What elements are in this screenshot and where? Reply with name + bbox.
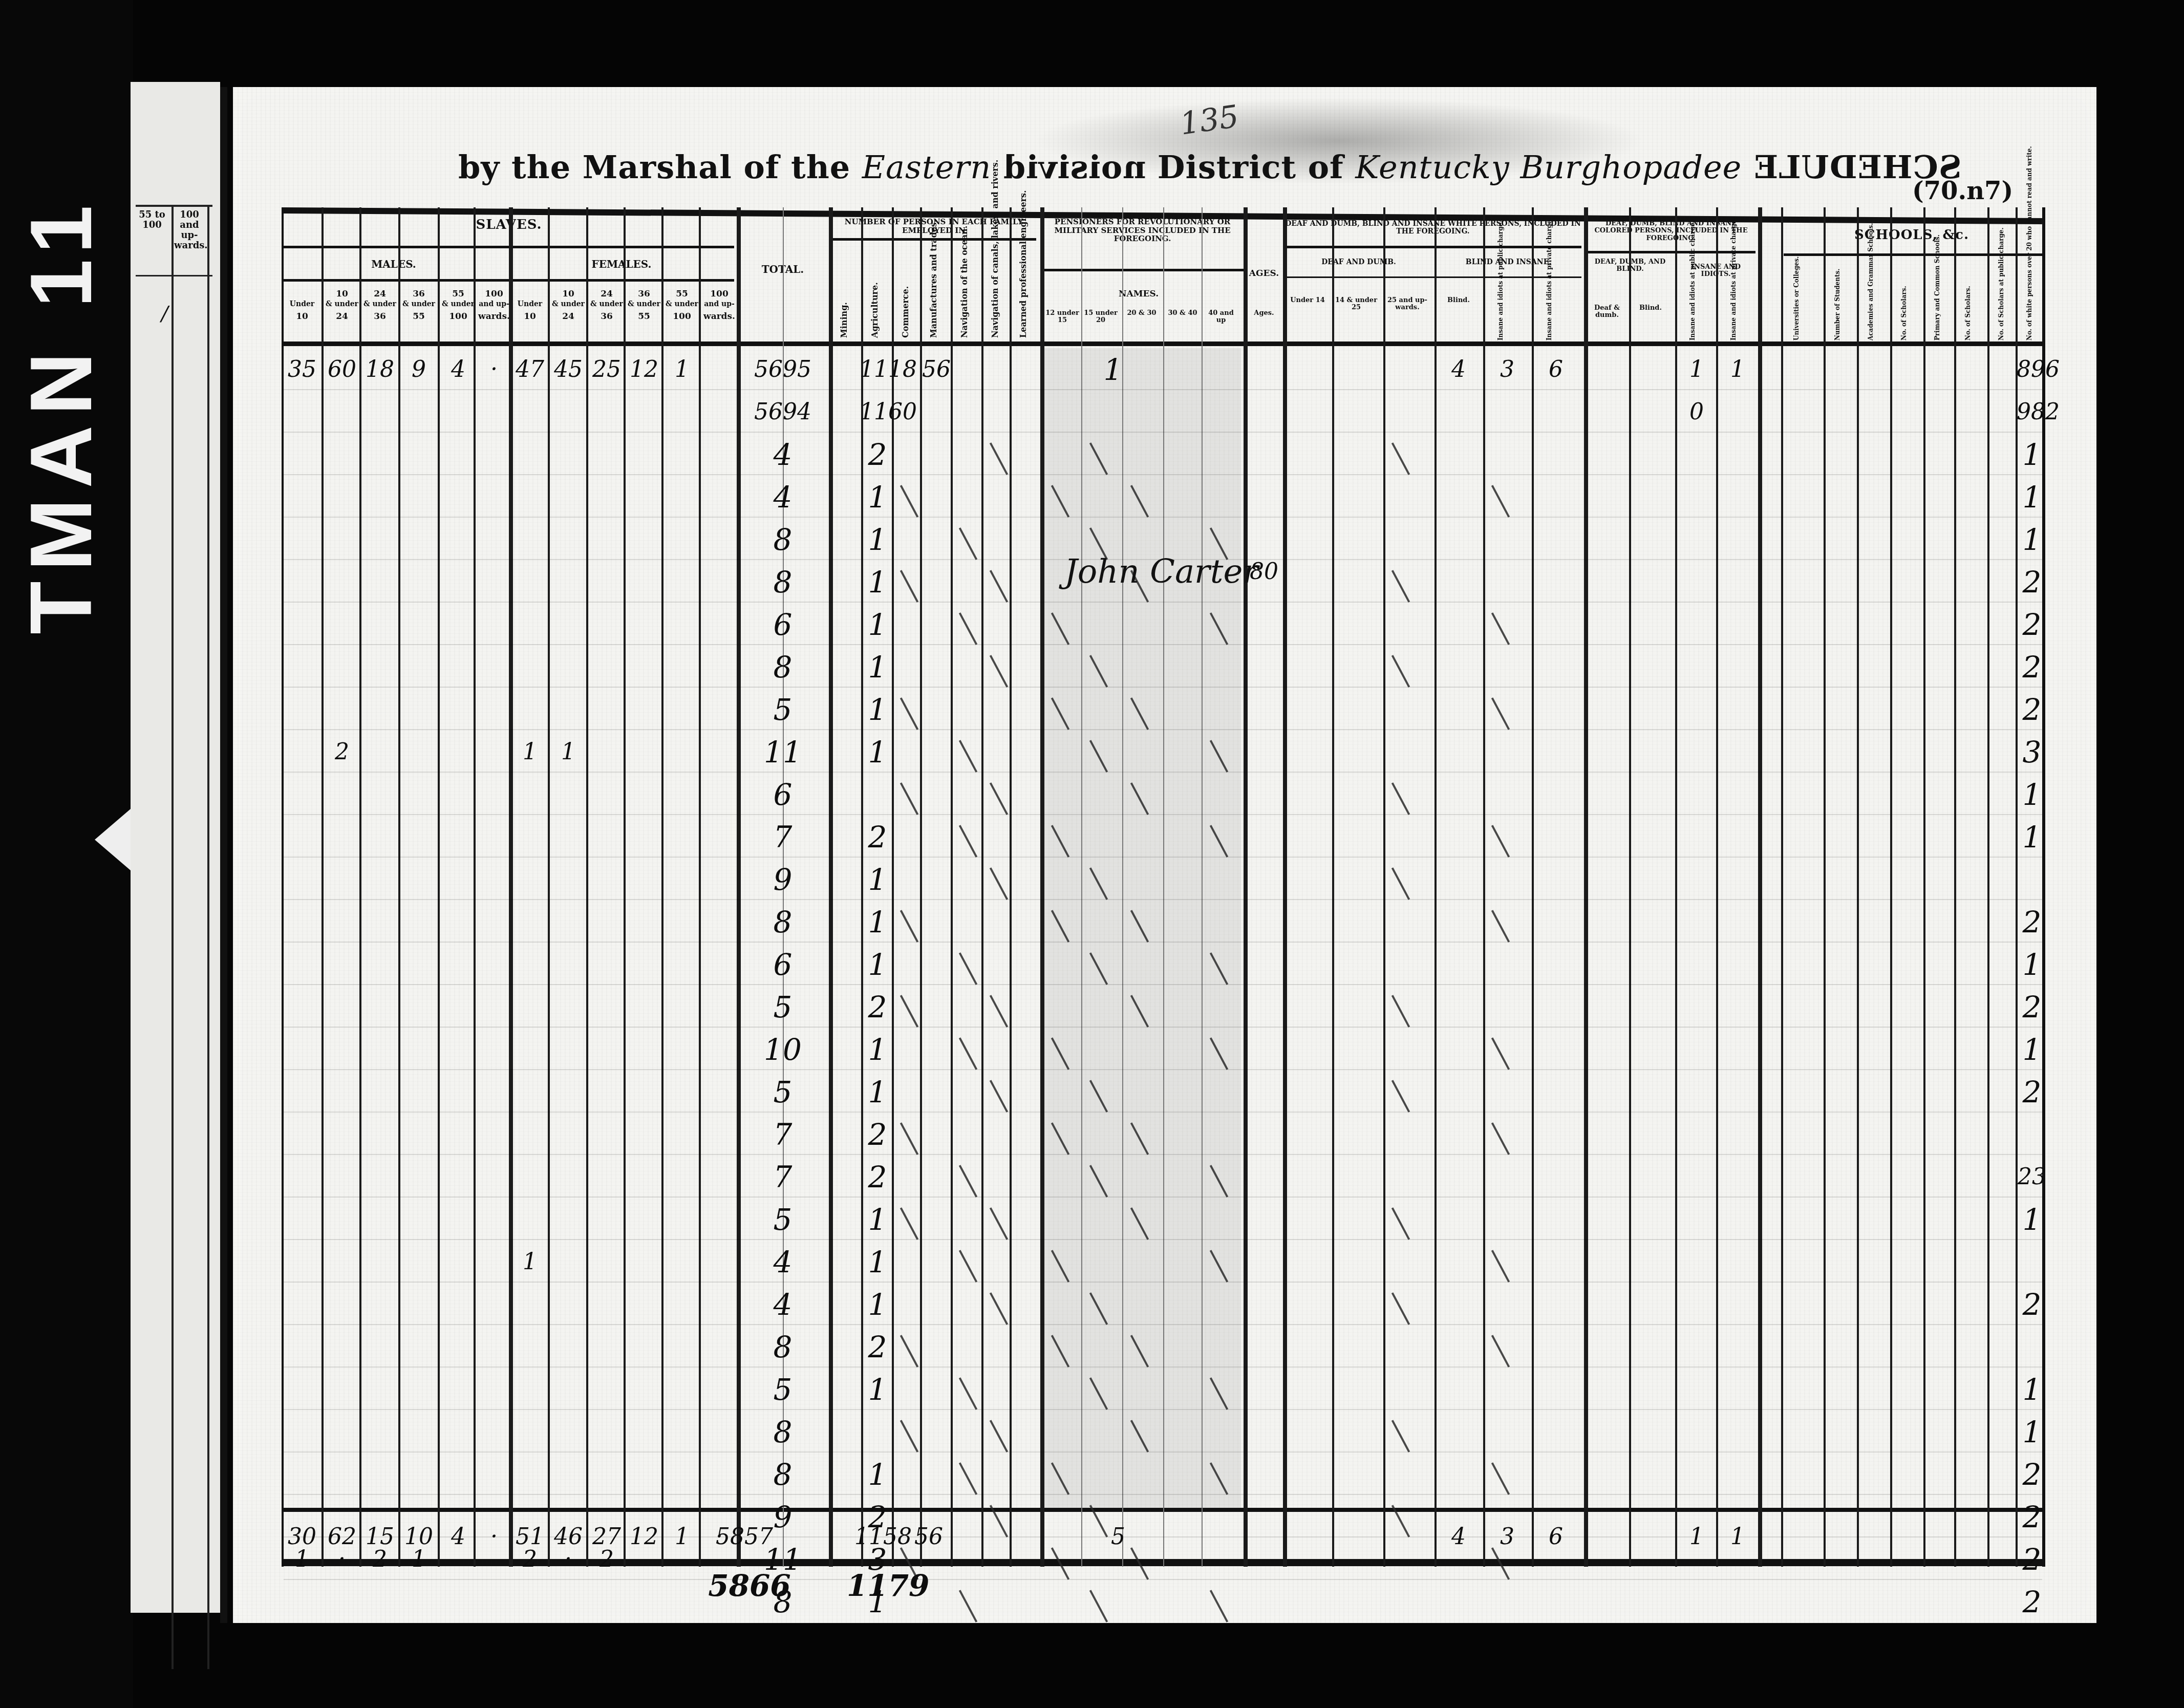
deaf-white-column-header: 25 and up-wards. [1384, 297, 1430, 312]
tally-tick-mark [1491, 1335, 1510, 1368]
footer-male-total: 4 [440, 1521, 477, 1553]
previous-page-sliver: 55 to 100 100 and up-wards. / [131, 82, 220, 1613]
age-band-mid: and up- [701, 301, 738, 308]
illiterate-count: 2 [2017, 693, 2047, 726]
schools-column-rule [1923, 207, 1925, 1567]
previous-page-rule [207, 205, 209, 1669]
illiterate-count: 1 [2017, 1033, 2047, 1066]
deaf-white-column-rule [1332, 207, 1334, 1567]
schools-column-header: No. of Scholars at public charge. [1998, 261, 2005, 340]
manufactures-count: 56 [921, 353, 952, 386]
slave-female-count: 1 [663, 353, 700, 386]
row-total: 8 [739, 1458, 826, 1491]
age-band-mid: & under [626, 301, 662, 308]
reel-arrow-icon [95, 809, 131, 870]
tally-tick-mark [1089, 1590, 1108, 1622]
footer-deaf-colored-total: 1 [1717, 1521, 1758, 1553]
pensioner-shade [1044, 348, 1241, 1508]
schools-column-header: No. of white persons over 20 who cannot … [2026, 261, 2033, 340]
agriculture-count: 1 [860, 1033, 895, 1066]
illiterate-count: 1 [2017, 481, 2047, 514]
row-rule [284, 1197, 2042, 1198]
tally-tick-mark [900, 697, 918, 730]
tally-tick-mark [959, 1377, 977, 1410]
pensioner-name: John Carter [1064, 553, 1258, 591]
footer-male-total: 62 [324, 1521, 360, 1553]
slave-male-count: 18 [361, 353, 398, 386]
tally-tick-mark [990, 782, 1008, 815]
tally-tick-mark [900, 910, 918, 943]
row-total: 4 [739, 438, 826, 471]
schools-column-header: Academies and Grammar Schools. [1867, 261, 1874, 340]
row-total: 4 [739, 1246, 826, 1278]
slave-male-count: · [476, 353, 512, 386]
tally-tick-mark [1391, 1207, 1410, 1240]
reel-label: TMAN 11 [10, 82, 113, 748]
tally-tick-mark [1391, 1292, 1410, 1325]
agriculture-count: 1 [860, 1203, 895, 1236]
agriculture-count: 2 [860, 821, 895, 853]
age-band-bot: 36 [361, 312, 398, 322]
row-rule [284, 942, 2042, 943]
tally-tick-mark [1391, 1420, 1410, 1453]
illiterate-count: 896 [2017, 353, 2047, 386]
age-band-top: 55 [440, 289, 477, 299]
row-total: 7 [739, 1118, 826, 1151]
illiterate-count: 1 [2017, 821, 2047, 853]
employment-column-rule [981, 207, 983, 1567]
tally-tick-mark [990, 1420, 1008, 1453]
grand-agriculture: 1179 [847, 1569, 908, 1602]
age-band-top: 36 [400, 289, 437, 299]
schools-subrule [1784, 253, 2045, 256]
agriculture-count: 1 [860, 651, 895, 684]
age-band-top: 24 [588, 289, 625, 299]
age-band-bot: 24 [324, 312, 360, 322]
row-rule [284, 1494, 2042, 1495]
tally-tick-mark [1391, 782, 1410, 815]
illiterate-count: 1 [2017, 778, 2047, 811]
employment-column-rule [920, 207, 922, 1567]
schools-column-header: Primary and Common Schools. [1934, 261, 1941, 340]
agriculture-count: 2 [860, 438, 895, 471]
slave-column-rule [438, 207, 440, 1567]
age-band-bot: 100 [440, 312, 477, 322]
tally-tick-mark [959, 1165, 977, 1198]
footer-female-total: 51 [511, 1521, 548, 1553]
row-total: 4 [739, 481, 826, 514]
row-total: 7 [739, 1161, 826, 1193]
row-total: 6 [739, 948, 826, 981]
row-rule [284, 432, 2042, 433]
schools-column-rule [1890, 207, 1892, 1567]
tally-tick-mark [990, 442, 1008, 475]
age-band-top: 24 [361, 289, 398, 299]
tally-tick-mark [1491, 1250, 1510, 1283]
row-rule [284, 1579, 2042, 1580]
tally-tick-mark [1391, 442, 1410, 475]
tally-tick-mark [1391, 570, 1410, 603]
slave-column-rule [586, 207, 588, 1567]
tally-tick-mark [990, 1292, 1008, 1325]
slave-sex-divider [509, 207, 513, 1567]
age-band-bot: wards. [701, 312, 738, 322]
age-band-mid: & under [550, 301, 587, 308]
illiterate-count: 2 [2017, 1076, 2047, 1108]
census-table: SLAVES. MALES. FEMALES. TOTAL. NUMBER OF… [282, 207, 2045, 1567]
row-rule [284, 729, 2042, 730]
slave-column-rule [474, 207, 476, 1567]
deaf-white-column-rule [1383, 207, 1385, 1567]
tally-tick-mark [1491, 825, 1510, 858]
slave-female-count: 47 [511, 353, 548, 386]
previous-page-col-2: 100 and up-wards. [174, 210, 205, 251]
row-rule [284, 602, 2042, 603]
row-total: 9 [739, 863, 826, 896]
age-band-bot: 36 [588, 312, 625, 322]
tally-tick-mark [990, 867, 1008, 900]
footer-male-total: · [476, 1521, 512, 1553]
slave-male-count: 2 [324, 736, 360, 768]
age-band-bot: 55 [626, 312, 662, 322]
deaf-colored-column-header: Blind. [1630, 305, 1671, 312]
ages-left-rule [1244, 207, 1248, 1567]
row-total: 5694 [739, 396, 826, 429]
age-band-mid: & under [400, 301, 437, 308]
tally-tick-mark [990, 995, 1008, 1028]
slave-female-count: 1 [511, 1246, 548, 1278]
illiterate-count: 2 [2017, 566, 2047, 599]
row-rule [284, 814, 2042, 815]
agriculture-count: 1 [860, 523, 895, 556]
agriculture-count: 1160 [860, 396, 895, 429]
age-band-top: 10 [324, 289, 360, 299]
footer-deaf-colored-total: 1 [1676, 1521, 1717, 1553]
schools-column-rule [1824, 207, 1826, 1567]
pensioner-age-header: 20 & 30 [1123, 310, 1160, 317]
row-rule [284, 857, 2042, 858]
deaf-white-subrule [1284, 246, 1581, 248]
tally-tick-mark [900, 485, 918, 518]
tally-tick-mark [900, 1122, 918, 1155]
footer-male-total: 15 [361, 1521, 398, 1553]
footer-deaf-white-total: 3 [1484, 1521, 1530, 1553]
district-handwritten: Eastern [862, 148, 991, 186]
tally-tick-mark [959, 1462, 977, 1495]
slave-column-rule [624, 207, 626, 1567]
age-band-bot: wards. [476, 312, 512, 322]
row-total: 8 [739, 566, 826, 599]
deaf-white-column-rule [1483, 207, 1485, 1567]
tally-tick-mark [959, 612, 977, 645]
row-rule [284, 644, 2042, 645]
slave-column-rule [359, 207, 361, 1567]
illiterate-count: 2 [2017, 1501, 2047, 1533]
schools-rule [1781, 207, 1783, 1567]
tally-tick-mark [990, 1207, 1008, 1240]
pension-count: 1 [1098, 353, 1128, 386]
slave-female-count: 1 [511, 736, 548, 768]
row-total: 8 [739, 1416, 826, 1448]
row-rule [284, 474, 2042, 475]
deaf-dumb-header: DEAF AND DUMB. [1284, 259, 1433, 266]
row-rule [284, 1367, 2042, 1368]
tally-tick-mark [900, 782, 918, 815]
illiterate-count: 2 [2017, 906, 2047, 938]
age-band-bot: 10 [284, 312, 320, 322]
footer-agriculture: 1158 [854, 1521, 895, 1553]
agriculture-count: 1 [860, 608, 895, 641]
agriculture-count: 2 [860, 991, 895, 1023]
illiterate-count: 1 [2017, 1416, 2047, 1448]
footer-female-total: 46 [550, 1521, 587, 1553]
tally-tick-mark [1491, 697, 1510, 730]
illiterate-count: 2 [2017, 1543, 2047, 1576]
deaf-white-age-subrule [1284, 276, 1581, 278]
footer-male-total: 30 [284, 1521, 320, 1553]
tally-tick-mark [959, 1250, 977, 1283]
age-band-bot: 10 [511, 312, 548, 322]
agriculture-count: 1 [860, 736, 895, 768]
row-rule [284, 1409, 2042, 1410]
deaf-white-left-rule [1283, 207, 1287, 1567]
agriculture-count: 1 [860, 1076, 895, 1108]
age-band-mid: Under [511, 301, 548, 308]
agriculture-count: 1 [860, 1373, 895, 1406]
county-handwritten: Kentucky Burghopadee [1355, 148, 1742, 186]
age-band-mid: & under [663, 301, 700, 308]
age-band-mid: & under [324, 301, 360, 308]
row-total: 5695 [739, 353, 826, 386]
agriculture-count: 2 [860, 1331, 895, 1363]
row-rule [284, 1027, 2042, 1028]
employment-column-rule [1010, 207, 1012, 1567]
deaf-colored-column-rule [1629, 207, 1631, 1567]
agriculture-count: 2 [860, 1161, 895, 1193]
agriculture-count: 1 [860, 1458, 895, 1491]
pensioners-left-rule [1040, 207, 1044, 1567]
illiterate-count: 1 [2017, 523, 2047, 556]
employment-column-header: Navigation of the ocean. [959, 246, 969, 338]
deaf-colored-count: 0 [1676, 396, 1717, 429]
pensioner-age-header: 30 & 40 [1164, 310, 1201, 317]
agriculture-count: 1 [860, 566, 895, 599]
slave-column-rule [398, 207, 400, 1567]
slave-column-rule [661, 207, 663, 1567]
illiterate-count: 1 [2017, 948, 2047, 981]
age-band-mid: & under [588, 301, 625, 308]
illiterate-count: 2 [2017, 1458, 2047, 1491]
deaf-colored-column-header: Insane and idiots at public charge. [1689, 279, 1696, 340]
row-total: 6 [739, 608, 826, 641]
age-band-top: 36 [626, 289, 662, 299]
deaf-colored-left-rule [1584, 207, 1588, 1567]
footer-pension: 5 [1103, 1521, 1133, 1553]
employment-column-header: Learned professional engineers. [1018, 246, 1028, 338]
tally-tick-mark [900, 1335, 918, 1368]
agriculture-count: 2 [860, 1118, 895, 1151]
tally-tick-mark [1391, 867, 1410, 900]
schools-column-header: No. of Scholars. [1964, 261, 1972, 340]
blind-insane-header: BLIND AND INSANE. [1436, 259, 1581, 266]
deaf-white-column-header: Insane and idiots at public charge. [1497, 282, 1504, 340]
footer-female-total: 1 [663, 1521, 700, 1553]
deaf-white-header: DEAF AND DUMB, BLIND AND INSANE WHITE PE… [1284, 220, 1581, 236]
tally-tick-mark [1391, 655, 1410, 688]
pensioners-header: PENSIONERS FOR REVOLUTIONARY OR MILITARY… [1041, 218, 1244, 243]
deaf-white-count: 4 [1436, 353, 1482, 386]
previous-page-col-1: 55 to 100 [137, 210, 167, 230]
age-band-mid: & under [361, 301, 398, 308]
employment-column-header: Mining. [839, 246, 849, 338]
agriculture-count: 1 [860, 863, 895, 896]
footer-deaf-white-total: 6 [1533, 1521, 1579, 1553]
employment-column-header: Agriculture. [870, 246, 880, 338]
pensioner-column-rule [1122, 207, 1123, 1567]
row-rule [284, 1451, 2042, 1453]
slave-male-count: 35 [284, 353, 320, 386]
row-rule [284, 1282, 2042, 1283]
row-total: 5 [739, 1203, 826, 1236]
title-prefix: by the Marshal of the [458, 148, 850, 186]
ages-header: AGES. [1246, 269, 1282, 279]
tally-tick-mark [900, 1207, 918, 1240]
age-band-bot: 100 [663, 312, 700, 322]
tally-tick-mark [959, 952, 977, 985]
previous-page-rule [172, 205, 174, 1669]
schools-column-rule [1857, 207, 1859, 1567]
page-number: (70.n7) [1912, 177, 2013, 205]
deaf-white-count: 3 [1484, 353, 1530, 386]
pensioner-age-header: 15 under 20 [1082, 310, 1119, 325]
tally-tick-mark [1491, 1462, 1510, 1495]
row-total: 5 [739, 1373, 826, 1406]
tally-tick-mark [1391, 1080, 1410, 1113]
row-rule [284, 772, 2042, 773]
footer-total: 5857 [701, 1521, 788, 1553]
row-rule [284, 1112, 2042, 1113]
deaf-white-column-rule [1434, 207, 1437, 1567]
schools-left-rule [1758, 207, 1762, 1567]
agriculture-count: 1 [860, 481, 895, 514]
row-total: 10 [739, 1033, 826, 1066]
row-total: 8 [739, 906, 826, 938]
slave-male-count: 4 [440, 353, 477, 386]
age-band-bot: 55 [400, 312, 437, 322]
slave-male-count: 60 [324, 353, 360, 386]
schools-column-header: Number of Students. [1834, 261, 1841, 340]
tally-tick-mark [959, 1590, 977, 1622]
ages-subheader: Ages. [1246, 310, 1282, 317]
employment-column-rule [951, 207, 953, 1567]
pensioner-age-header: 40 and up [1203, 310, 1239, 325]
deaf-colored-count: 1 [1676, 353, 1717, 386]
deaf-colored-count: 1 [1717, 353, 1758, 386]
tally-tick-mark [990, 655, 1008, 688]
row-total: 6 [739, 778, 826, 811]
slave-column-rule [322, 207, 324, 1567]
deaf-white-column-rule [1532, 207, 1534, 1567]
agriculture-count: 1 [860, 948, 895, 981]
illiterate-count: 3 [2017, 736, 2047, 768]
footer-male-total: 10 [400, 1521, 437, 1553]
row-rule [284, 687, 2042, 688]
census-page: 135 by the Marshal of the Eastern noisiv… [233, 87, 2096, 1623]
row-total: 7 [739, 821, 826, 853]
row-total: 5 [739, 1076, 826, 1108]
employment-column-header: Navigation of canals, lakes, and rivers. [990, 246, 1000, 338]
row-total: 11 [739, 736, 826, 768]
agriculture-count: 1 [860, 1288, 895, 1321]
row-total: 8 [739, 523, 826, 556]
age-band-mid: and up- [476, 301, 512, 308]
illiterate-count: 2 [2017, 608, 2047, 641]
grand-total: 5866 [701, 1569, 798, 1602]
slave-female-count: 45 [550, 353, 587, 386]
slave-column-rule [548, 207, 550, 1567]
row-rule [284, 1154, 2042, 1155]
age-band-bot: 24 [550, 312, 587, 322]
deaf-white-column-header: Insane and idiots at private charge. [1546, 282, 1553, 340]
row-rule [284, 1069, 2042, 1070]
illiterate-count: 1 [2017, 438, 2047, 471]
illiterate-count: 2 [2017, 1288, 2047, 1321]
previous-page-mark: / [161, 302, 168, 326]
tally-tick-mark [900, 570, 918, 603]
slave-male-count: 9 [400, 353, 437, 386]
row-total: 8 [739, 651, 826, 684]
page-binding [220, 87, 227, 1623]
agriculture-count: 1118 [860, 353, 895, 386]
age-band-top: 100 [701, 289, 738, 299]
deaf-colored-column-header: Insane and idiots at private charge. [1730, 279, 1737, 340]
deaf-white-column-header: 14 & under 25 [1333, 297, 1379, 312]
pensioner-column-rule [1081, 207, 1082, 1567]
deaf-colored-column-header: Deaf & dumb. [1587, 305, 1628, 319]
row-rule [284, 1239, 2042, 1240]
pensioner-age: 80 [1246, 556, 1282, 588]
tally-tick-mark [1210, 1590, 1228, 1622]
tally-tick-mark [959, 527, 977, 560]
footer-female-total: 27 [588, 1521, 625, 1553]
tally-tick-mark [900, 1420, 918, 1453]
microfilm-edge: TMAN 11 [0, 0, 133, 1708]
tally-tick-mark [990, 570, 1008, 603]
illiterate-count: 2 [2017, 651, 2047, 684]
pensioner-age-header: 12 under 15 [1044, 310, 1081, 325]
pensioners-subrule [1041, 269, 1244, 271]
illiterate-count: 23 [2017, 1161, 2047, 1193]
deaf-white-column-header: Under 14 [1284, 297, 1331, 304]
tally-tick-mark [1391, 995, 1410, 1028]
pensioner-column-rule [1202, 207, 1203, 1567]
employment-left-rule [829, 207, 833, 1567]
tally-tick-mark [959, 740, 977, 773]
slave-female-count: 12 [626, 353, 662, 386]
deaf-white-count: 6 [1533, 353, 1579, 386]
age-band-top: 10 [550, 289, 587, 299]
slave-female-count: 1 [550, 736, 587, 768]
employment-column-header: Commerce. [901, 246, 910, 338]
row-total: 5 [739, 991, 826, 1023]
footer-deaf-white-total: 4 [1436, 1521, 1482, 1553]
age-band-mid: & under [440, 301, 477, 308]
tally-tick-mark [1491, 485, 1510, 518]
slave-female-count: 25 [588, 353, 625, 386]
schools-column-rule [1954, 207, 1956, 1567]
age-band-top: 55 [663, 289, 700, 299]
agriculture-count: 1 [860, 1246, 895, 1278]
